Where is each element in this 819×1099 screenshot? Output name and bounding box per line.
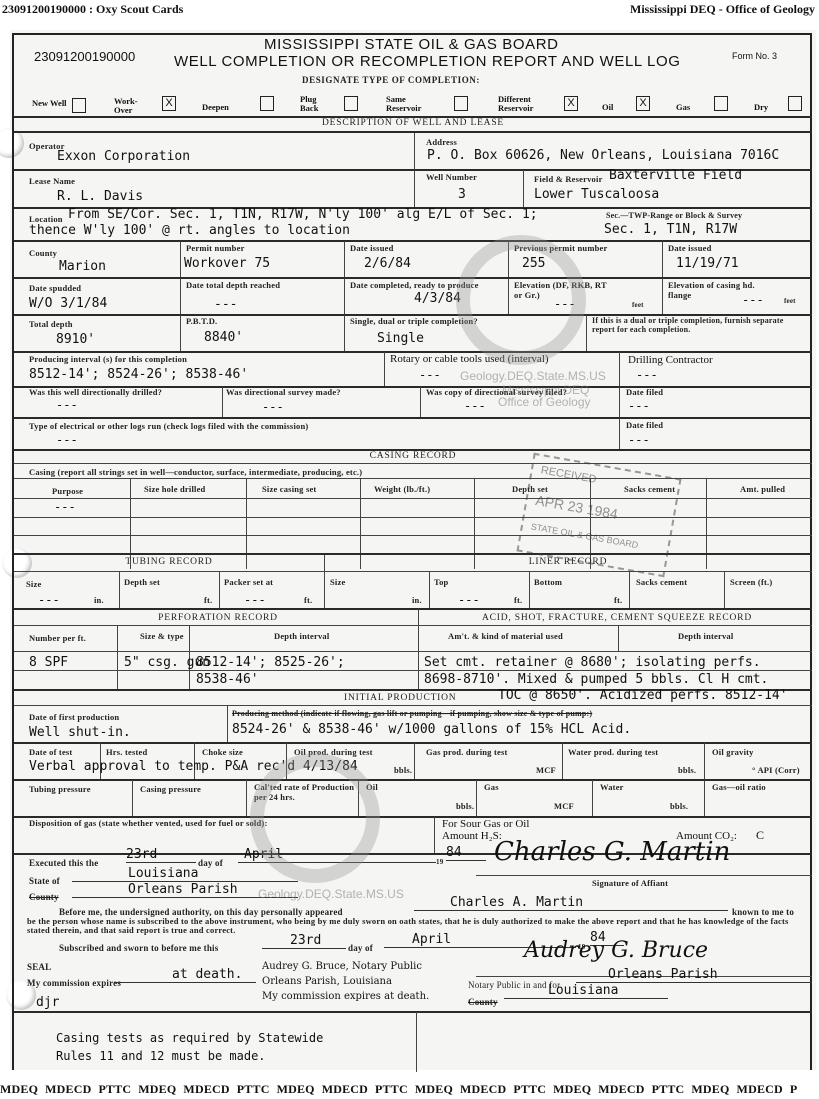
county-label: County [29, 248, 57, 258]
checkbox-plug-back[interactable] [344, 96, 358, 111]
directional-survey-value: --- [262, 400, 284, 414]
water-test-unit: bbls. [678, 765, 696, 775]
notary-signature: Audrey G. Bruce [524, 938, 708, 963]
checkbox-label-different-reservoir: Different Reservoir [498, 95, 558, 113]
gas-test-unit: MCF [536, 765, 556, 775]
deq-logo-watermark-icon [250, 753, 380, 883]
logs-run-label: Type of electrical or other logs run (ch… [29, 421, 308, 431]
casing-note: Casing (report all strings set in well—c… [29, 467, 362, 477]
acid-col-material: Am't. & kind of material used [448, 631, 563, 641]
casing-test-note-line-1: Casing tests as required by Statewide [56, 1031, 323, 1045]
directionally-drilled-value: --- [56, 398, 78, 412]
subscribed-label: Subscribed and sworn to before me this [59, 943, 218, 953]
perf-depth-interval-2: 8538-46' [196, 672, 259, 687]
checkbox-deepen[interactable] [260, 96, 274, 111]
address-value: P. O. Box 60626, New Orleans, Louisiana … [427, 148, 779, 163]
liner-top-unit: ft. [514, 595, 522, 605]
date-completed-value: 4/3/84 [414, 291, 461, 306]
perf-depth-interval-1: 8512-14'; 8525-26'; [196, 655, 345, 670]
viewer-header: 23091200190000 : Oxy Scout Cards Mississ… [0, 0, 819, 18]
liner-size-unit: in. [412, 595, 422, 605]
logs-date-filed-label: Date filed [626, 420, 663, 430]
directionally-drilled-label: Was this well directionally drilled? [29, 387, 162, 397]
perf-col-size-type: Size & type [140, 631, 184, 641]
checkbox-new-well[interactable] [72, 98, 86, 113]
deq-logo-watermark-icon [456, 235, 586, 365]
liner-col-sacks-cement: Sacks cement [636, 577, 687, 587]
liner-col-bottom: Bottom [534, 577, 562, 587]
first-production-value: Well shut-in. [29, 725, 131, 740]
notary-county-label-struck: County [468, 997, 498, 1007]
checkbox-label-workover: Work-Over [114, 97, 154, 115]
h2s-amount-label: Amount H₂S: [442, 830, 502, 842]
watermark-url: Geology.DEQ.State.MS.US [460, 369, 606, 383]
hours-tested-label: Hrs. tested [106, 747, 147, 757]
tubing-col-size: Size [26, 579, 41, 589]
state-value: Louisiana [72, 866, 298, 882]
api-number: 23091200190000 [34, 49, 135, 64]
checkbox-same-reservoir[interactable] [454, 96, 468, 111]
tubing-depth-unit: ft. [204, 595, 212, 605]
gas-prod-test-label: Gas prod. during test [426, 747, 508, 757]
section-tubing-record: TUBING RECORD [14, 557, 324, 567]
seal-label: SEAL [27, 962, 51, 972]
test-date-label: Date of test [29, 747, 72, 757]
notary-stamp-commission: My commission expires at death. [262, 991, 429, 1002]
date-issued-value: 2/6/84 [364, 256, 411, 271]
commission-expires-label: My commission expires [27, 978, 121, 988]
section-casing-record: CASING RECORD [14, 451, 812, 461]
casing-test-note-line-2: Rules 11 and 12 must be made. [56, 1049, 266, 1063]
section-township-label: Sec.—TWP-Range or Block & Survey [606, 211, 742, 220]
casing-col-hole-size: Size hole drilled [144, 484, 205, 494]
board-title: MISSISSIPPI STATE OIL & GAS BOARD [264, 36, 559, 53]
sour-gas-label: For Sour Gas or Oil [442, 818, 529, 830]
section-description: DESCRIPTION OF WELL AND LEASE [14, 118, 812, 128]
field-value: Baxterville Field [609, 168, 742, 183]
checkbox-label-same-reservoir: Same Reservoir [386, 95, 436, 113]
notary-stamp-name: Audrey G. Bruce, Notary Public [262, 961, 422, 972]
rate-water-label: Water [600, 782, 624, 792]
water-prod-test-label: Water prod. during test [568, 747, 658, 757]
checkbox-label-dry: Dry [754, 103, 768, 112]
well-number-label: Well Number [426, 172, 477, 182]
liner-col-top: Top [434, 577, 448, 587]
lease-name-label: Lease Name [29, 176, 75, 186]
acid-line-1: Set cmt. retainer @ 8680'; isolating per… [424, 655, 761, 670]
rate-gas-label: Gas [484, 782, 499, 792]
form-title: WELL COMPLETION OR RECOMPLETION REPORT A… [174, 53, 681, 70]
casing-col-purpose: Purpose [52, 486, 83, 496]
executed-year-prefix: 19 [436, 858, 443, 866]
previous-date-issued-label: Date issued [668, 243, 712, 253]
executed-year-value: 84 [446, 845, 486, 861]
casing-col-casing-size: Size casing set [262, 484, 316, 494]
well-completion-form: 23091200190000 MISSISSIPPI STATE OIL & G… [12, 33, 812, 1070]
tubing-size-unit: in. [94, 595, 104, 605]
rate-gas-unit: MCF [554, 801, 574, 811]
gravity-test-unit: ° API (Corr) [752, 765, 800, 775]
permit-number-value: Workover 75 [184, 256, 270, 271]
section-township-value: Sec. 1, T1N, R17W [604, 222, 737, 237]
liner-col-screen: Screen (ft.) [730, 577, 772, 587]
previous-date-issued-value: 11/19/71 [676, 256, 739, 271]
form-number: Form No. 3 [732, 51, 777, 61]
directional-survey-label: Was directional survey made? [226, 387, 341, 397]
footer-agency-strip: MDEQMDECDPTTCMDEQMDECDPTTCMDEQMDECDPTTCM… [0, 1082, 819, 1097]
designate-type-label: DESIGNATE TYPE OF COMPLETION: [302, 75, 480, 85]
td-reached-value: --- [214, 297, 237, 312]
td-reached-label: Date total depth reached [186, 280, 280, 290]
liner-col-size: Size [330, 577, 345, 587]
source-agency: Mississippi DEQ - Office of Geology [630, 2, 815, 17]
notary-parish-value: Orleans Parish [576, 967, 812, 983]
subscribed-day-value: 23rd [262, 933, 346, 949]
tubing-size-value: --- [38, 593, 60, 607]
field-reservoir-label: Field & Reservoir [534, 174, 603, 184]
acid-col-depth-interval: Depth interval [678, 631, 733, 641]
casing-flange-value: --- [742, 293, 764, 307]
casing-row-purpose: --- [54, 500, 76, 514]
pbtd-label: P.B.T.D. [186, 316, 217, 326]
drilling-contractor-label: Drilling Contractor [628, 354, 713, 366]
producing-interval-label: Producing interval (s) for this completi… [29, 354, 187, 364]
gas-oil-ratio-label: Gas—oil ratio [712, 782, 766, 792]
date-filed-value: --- [628, 399, 650, 413]
perf-col-number-per-ft: Number per ft. [29, 633, 86, 643]
operator-value: Exxon Corporation [57, 149, 190, 164]
commission-expires-value: at death. [114, 967, 256, 983]
casing-col-amt-pulled: Amt. pulled [740, 484, 785, 494]
checkbox-label-oil: Oil [602, 103, 613, 112]
casing-flange-unit: feet [784, 297, 796, 305]
section-initial-production: INITIAL PRODUCTION [344, 693, 456, 703]
producing-interval-value: 8512-14'; 8524-26'; 8538-46' [29, 367, 248, 382]
lease-name-value: R. L. Davis [57, 189, 143, 204]
date-filed-label: Date filed [626, 387, 663, 397]
drilling-contractor-value: --- [636, 368, 658, 382]
co2-amount-value: C [756, 828, 764, 843]
oil-test-unit: bbls. [394, 765, 412, 775]
address-label: Address [426, 137, 457, 147]
completion-multiplicity-value: Single [377, 331, 424, 346]
checkbox-label-deepen: Deepen [202, 103, 229, 112]
casing-col-weight: Weight (lb./ft.) [374, 484, 430, 494]
date-spudded-value: W/O 3/1/84 [29, 296, 107, 311]
gas-disposition-label: Disposition of gas (state whether vented… [29, 818, 267, 828]
checkbox-gas[interactable] [714, 96, 728, 111]
notary-stamp-parish: Orleans Parish, Louisiana [262, 976, 392, 987]
producing-method-value: 8524-26' & 8538-46' w/1000 gallons of 15… [232, 722, 631, 737]
dual-completion-note: If this is a dual or triple completion, … [592, 316, 808, 334]
section-acid-record: ACID, SHOT, FRACTURE, CEMENT SQUEEZE REC… [422, 613, 812, 623]
rate-oil-unit: bbls. [456, 801, 474, 811]
checkbox-label-plug-back: Plug Back [300, 95, 334, 113]
checkbox-dry[interactable] [788, 96, 802, 111]
checkbox-oil[interactable]: X [636, 96, 650, 111]
perf-number-per-ft-value: 8 SPF [29, 655, 68, 670]
elevation-unit: feet [632, 301, 644, 309]
liner-top-value: --- [458, 593, 480, 607]
permit-number-label: Permit number [186, 243, 245, 253]
affiant-name-value: Charles A. Martin [414, 895, 728, 911]
watermark-url-2: Geology.DEQ.State.MS.US [258, 887, 404, 901]
executed-day-value: 23rd [126, 847, 196, 863]
total-depth-value: 8910' [56, 332, 95, 347]
typist-initials: djr [36, 995, 59, 1010]
tubing-packer-unit: ft. [304, 595, 312, 605]
choke-size-label: Choke size [202, 747, 243, 757]
subscribed-day-of-label: day of [348, 943, 373, 953]
document-id-title: 23091200190000 : Oxy Scout Cards [2, 2, 183, 17]
checkbox-label-gas: Gas [676, 103, 690, 112]
checkbox-different-reservoir[interactable]: X [564, 96, 578, 111]
section-perforation-record: PERFORATION RECORD [14, 613, 422, 623]
affiant-signature: Charles G. Martin [494, 837, 730, 867]
county-value: Marion [59, 259, 106, 274]
rate-water-unit: bbls. [670, 801, 688, 811]
county-label-struck: County [29, 892, 59, 902]
reservoir-value: Lower Tuscaloosa [534, 187, 659, 202]
rotary-tools-value: --- [419, 368, 441, 382]
signature-caption: Signature of Affiant [592, 878, 668, 888]
acid-line-3: TOC @ 8650'. Acidized perfs. 8512-14' [498, 688, 788, 703]
date-issued-label: Date issued [350, 243, 394, 253]
perf-col-depth-interval: Depth interval [274, 631, 329, 641]
total-depth-label: Total depth [29, 319, 73, 329]
state-label: State of [29, 876, 60, 886]
tubing-col-depth-set: Depth set [124, 577, 160, 587]
acid-line-2: 8698-8710'. Mixed & pumped 5 bbls. Cl H … [424, 672, 768, 687]
tubing-packer-value: --- [244, 593, 266, 607]
survey-copy-filed-value: --- [464, 399, 486, 413]
logs-run-value: --- [56, 433, 78, 447]
tubing-col-packer: Packer set at [224, 577, 273, 587]
casing-pressure-label: Casing pressure [140, 784, 201, 794]
oil-gravity-label: Oil gravity [712, 747, 754, 757]
watermark-office: Office of Geology [498, 395, 591, 409]
producing-method-label: Producing method (indicate if flowing, g… [232, 709, 592, 718]
first-production-label: Date of first production [29, 712, 119, 722]
tubing-pressure-label: Tubing pressure [29, 784, 91, 794]
well-number-value: 3 [458, 187, 466, 202]
date-spudded-label: Date spudded [29, 283, 81, 293]
notary-state-value: Louisiana [504, 983, 668, 999]
liner-bottom-unit: ft. [614, 595, 622, 605]
checkbox-label-new-well: New Well [32, 99, 67, 108]
checkbox-workover[interactable]: X [162, 96, 176, 111]
pbtd-value: 8840' [204, 330, 243, 345]
logs-date-filed-value: --- [628, 433, 650, 447]
location-line-1: From SE/Cor. Sec. 1, T1N, R17W, N'ly 100… [68, 207, 538, 222]
location-line-2: thence W'ly 100' @ rt. angles to locatio… [29, 223, 350, 238]
